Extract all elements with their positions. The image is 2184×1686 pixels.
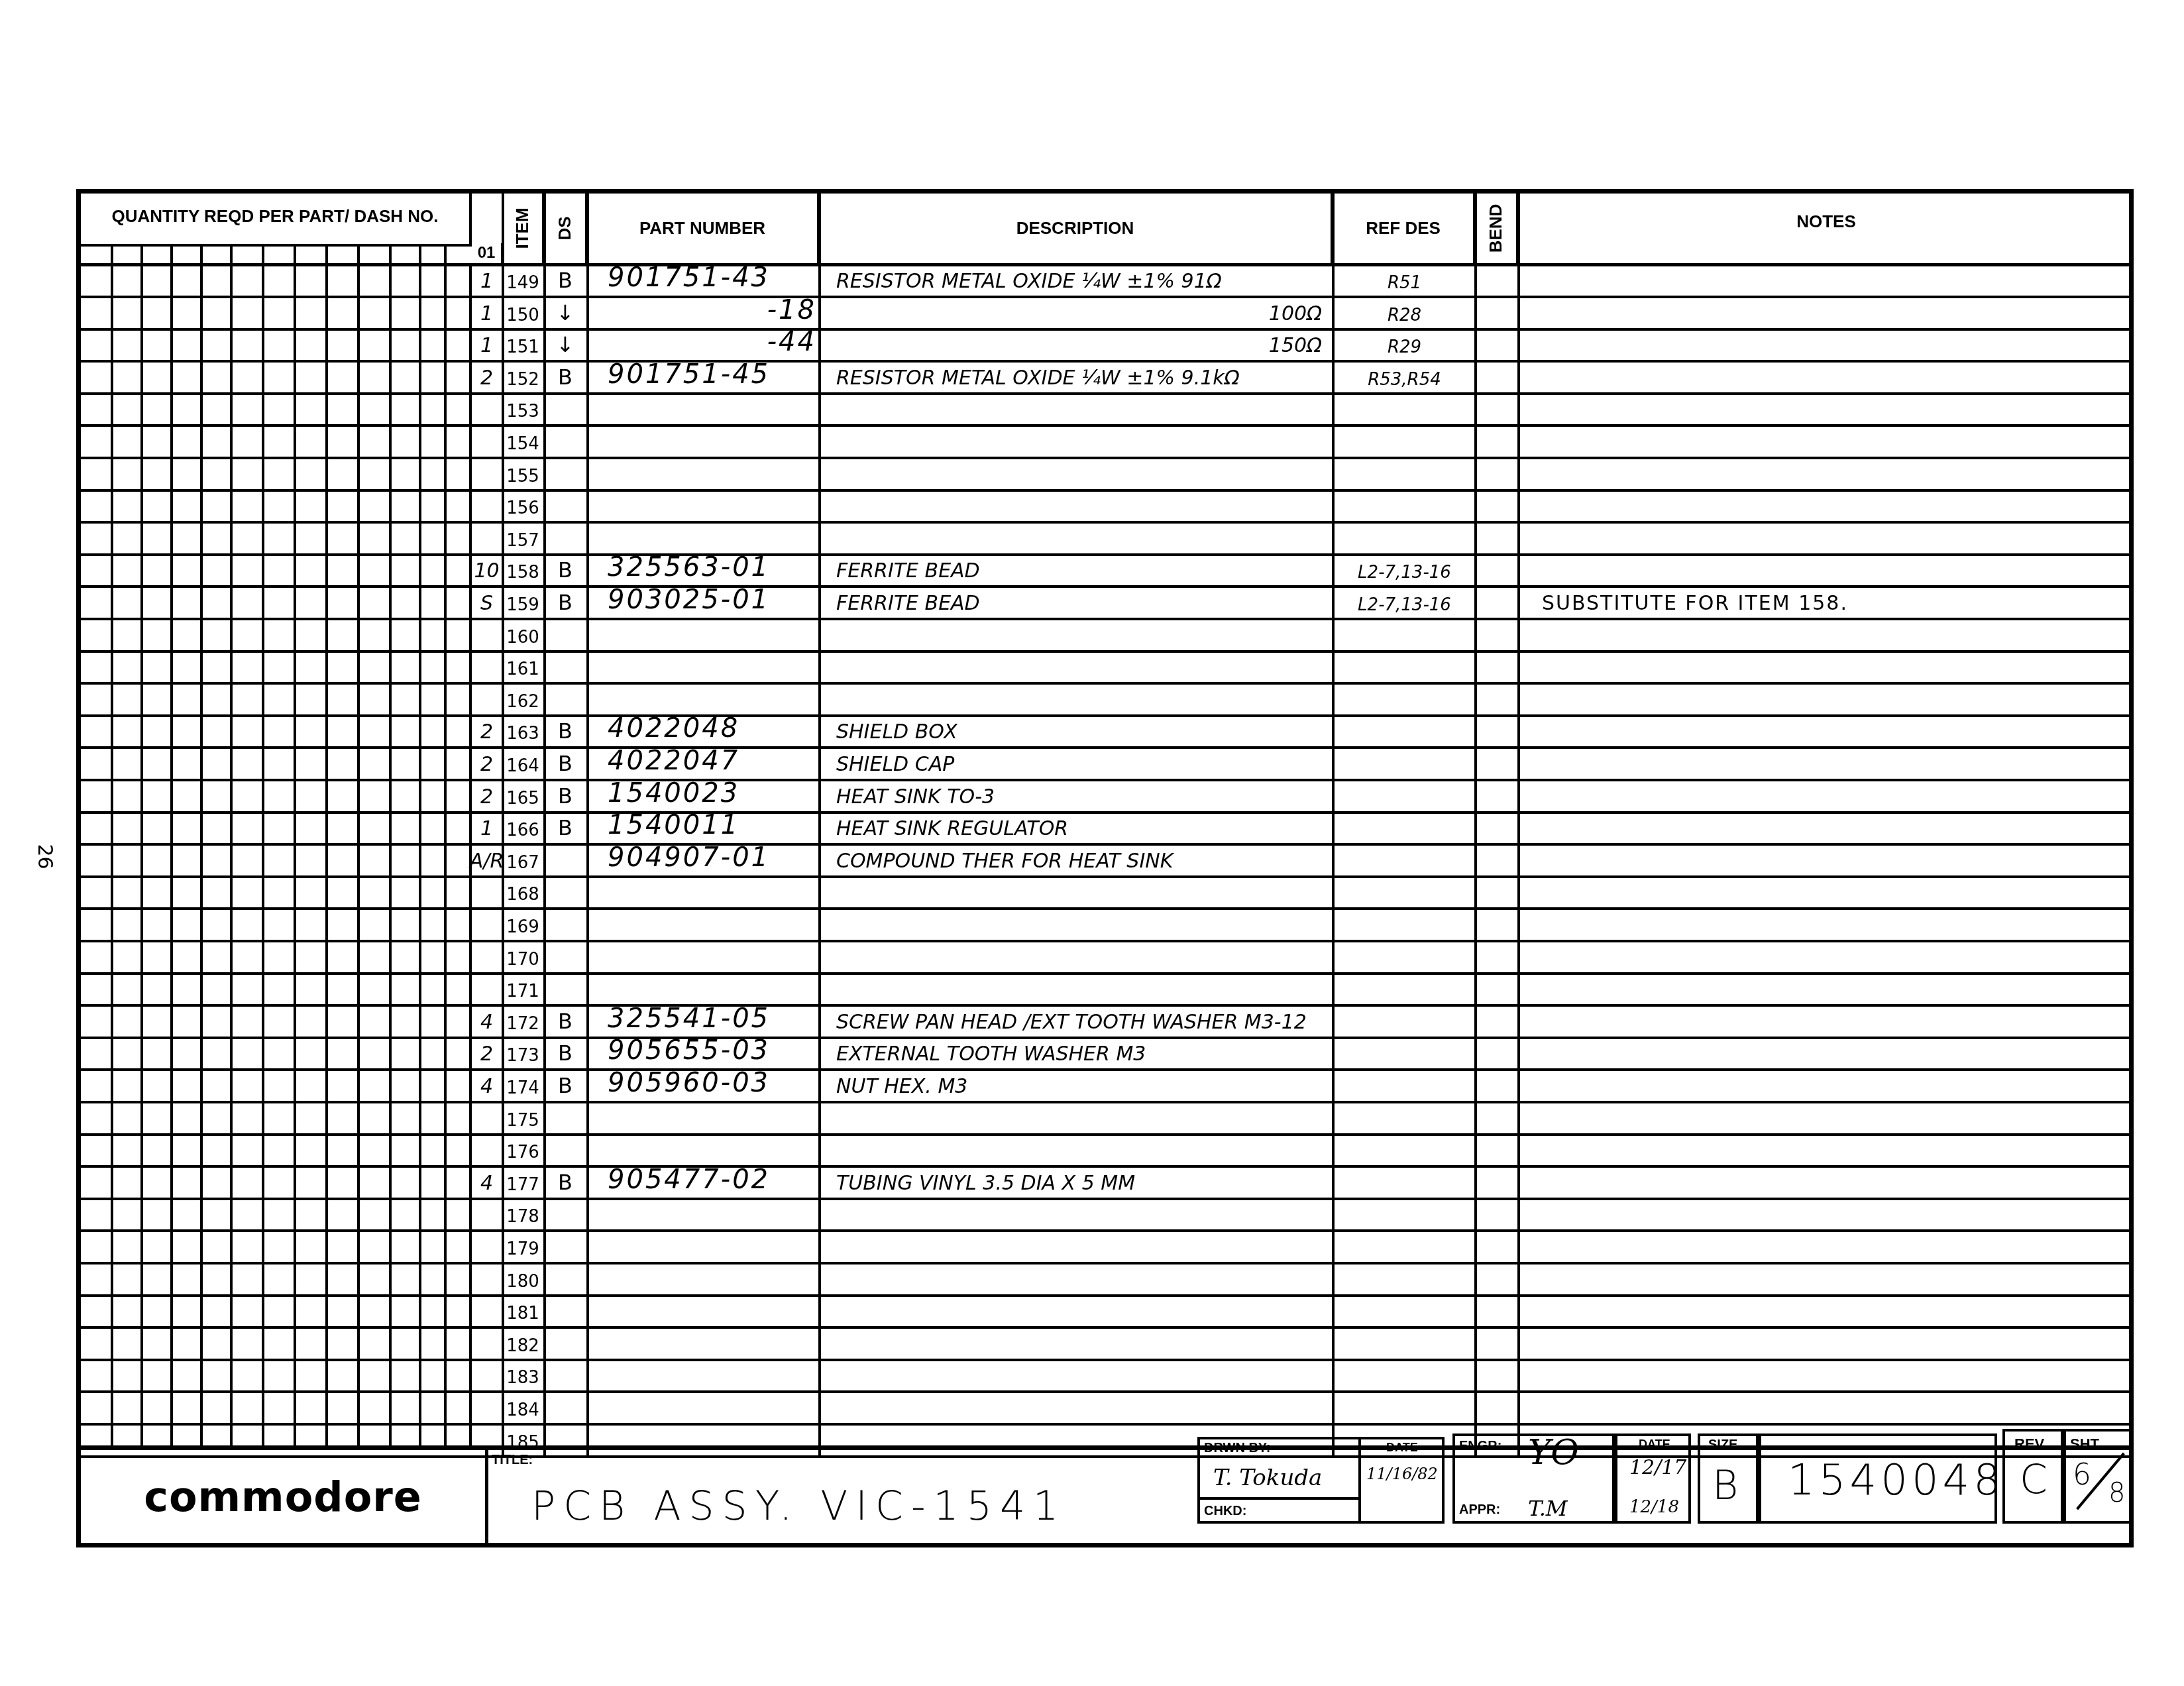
ds-cell: B [545, 717, 586, 746]
part-number-cell [588, 1297, 816, 1326]
qty-cell [472, 1200, 502, 1229]
description-cell [820, 1329, 1330, 1359]
part-number-cell [588, 492, 816, 521]
ref-des-cell [1333, 653, 1476, 682]
qty-cell [472, 1361, 502, 1390]
part-number-cell [588, 621, 816, 650]
description-cell: RESISTOR METAL OXIDE ¼W ±1% 91Ω [820, 266, 1330, 296]
ds-cell [545, 1361, 586, 1390]
part-number-cell [588, 524, 816, 553]
item-number-cell: 174 [503, 1072, 543, 1101]
ds-cell [545, 1329, 586, 1359]
checked-label: CHKD: [1204, 1504, 1246, 1519]
item-number-cell: 172 [503, 1007, 543, 1037]
part-number-cell [588, 685, 816, 714]
description-cell: SCREW PAN HEAD /EXT TOOTH WASHER M3-12 [820, 1007, 1330, 1037]
item-number-cell: 156 [503, 492, 543, 521]
qty-cell [472, 1329, 502, 1359]
part-number-cell: 1540011 [588, 814, 816, 843]
quantity-header: QUANTITY REQD PER PART/ DASH NO. [81, 194, 472, 247]
item-number-cell: 175 [503, 1104, 543, 1133]
ref-des-cell: R28 [1333, 299, 1476, 328]
drawn-date-value: 11/16/82 [1366, 1465, 1438, 1483]
rev-value: C [2020, 1457, 2048, 1503]
size-label: SIZE [1708, 1437, 1737, 1453]
notes-cell [1522, 1265, 2132, 1294]
ds-cell [545, 685, 586, 714]
notes-cell [1522, 1200, 2132, 1229]
item-number-cell: 173 [503, 1039, 543, 1068]
ref-des-cell [1333, 1200, 1476, 1229]
part-number-cell [588, 975, 816, 1004]
description-cell [820, 685, 1330, 714]
table-row: 2173B905655-03EXTERNAL TOOTH WASHER M3 [81, 1039, 2129, 1071]
rev-box: REV C [2002, 1429, 2063, 1524]
notes-cell [1522, 556, 2132, 585]
qty-cell: 1 [472, 331, 502, 360]
appr-label: APPR: [1459, 1502, 1500, 1518]
table-row: 1150↓-18100ΩR28 [81, 299, 2129, 331]
table-row: 176 [81, 1136, 2129, 1168]
table-row: 154 [81, 427, 2129, 459]
ref-des-cell [1333, 524, 1476, 553]
qty-cell [472, 975, 502, 1004]
qty-cell [472, 1394, 502, 1423]
table-row: 178 [81, 1200, 2129, 1232]
size-value: B [1712, 1463, 1738, 1509]
item-number-cell: 171 [503, 975, 543, 1004]
table-row: 2164B4022047SHIELD CAP [81, 750, 2129, 781]
description-cell [820, 975, 1330, 1004]
ref-des-cell [1333, 878, 1476, 907]
notes-cell [1522, 911, 2132, 940]
notes-cell [1522, 975, 2132, 1004]
notes-cell [1522, 685, 2132, 714]
qty-cell [472, 1297, 502, 1326]
notes-cell [1522, 1039, 2132, 1068]
qty-cell [472, 1233, 502, 1262]
appr-date-value: 12/18 [1629, 1497, 1679, 1517]
part-number-cell: -44 [588, 331, 816, 360]
description-cell [820, 1136, 1330, 1165]
description-cell: NUT HEX. M3 [820, 1072, 1330, 1101]
item-number-cell: 151 [503, 331, 543, 360]
qty-cell [472, 460, 502, 489]
description-header: DESCRIPTION [820, 194, 1333, 263]
size-box: SIZE B [1698, 1433, 1759, 1524]
ref-des-cell: R51 [1333, 266, 1476, 296]
part-number-cell [588, 427, 816, 457]
part-number-cell: 325541-05 [588, 1007, 816, 1037]
ref-des-cell [1333, 395, 1476, 424]
table-row: 156 [81, 492, 2129, 524]
description-cell: TUBING VINYL 3.5 DIA X 5 MM [820, 1168, 1330, 1198]
drawn-by-label: DRWN BY: [1204, 1441, 1270, 1456]
qty-cell: 1 [472, 299, 502, 328]
ds-cell [545, 653, 586, 682]
appr-value: T.M [1528, 1496, 1568, 1521]
ds-cell: B [545, 1007, 586, 1037]
part-number-cell: 901751-43 [588, 266, 816, 296]
description-cell: FERRITE BEAD [820, 556, 1330, 585]
company-logo: commodore [81, 1450, 488, 1543]
table-row: 179 [81, 1233, 2129, 1264]
ds-cell [545, 943, 586, 972]
item-number-cell: 152 [503, 363, 543, 392]
ref-des-cell [1333, 427, 1476, 457]
sheet-total: 8 [2108, 1478, 2125, 1508]
ref-des-cell [1333, 1007, 1476, 1037]
notes-cell [1522, 717, 2132, 746]
ds-header: DS [545, 194, 588, 263]
drawn-date-label: DATE [1386, 1441, 1418, 1455]
item-number-cell: 166 [503, 814, 543, 843]
notes-cell [1522, 1361, 2132, 1390]
item-number-cell: 160 [503, 621, 543, 650]
ds-cell [545, 460, 586, 489]
part-number-cell [588, 1104, 816, 1133]
qty-cell: 2 [472, 750, 502, 779]
table-row: 2165B1540023HEAT SINK TO-3 [81, 782, 2129, 814]
qty-cell: 4 [472, 1072, 502, 1101]
notes-cell [1522, 331, 2132, 360]
table-row: 160 [81, 621, 2129, 653]
qty-cell: 2 [472, 782, 502, 811]
notes-cell [1522, 427, 2132, 457]
notes-cell [1522, 1329, 2132, 1359]
ref-des-cell [1333, 1297, 1476, 1326]
description-cell [820, 1265, 1330, 1294]
part-number-cell: 4022047 [588, 750, 816, 779]
part-number-cell [588, 943, 816, 972]
ds-cell [545, 878, 586, 907]
description-cell [820, 1361, 1330, 1390]
ref-des-cell [1333, 1168, 1476, 1198]
notes-cell [1522, 1007, 2132, 1037]
ref-des-cell [1333, 1361, 1476, 1390]
description-cell [820, 911, 1330, 940]
table-row: 2163B4022048SHIELD BOX [81, 717, 2129, 749]
ref-des-cell [1333, 717, 1476, 746]
ds-cell: B [545, 814, 586, 843]
item-number-cell: 176 [503, 1136, 543, 1165]
description-cell: 100Ω [820, 299, 1330, 328]
ref-des-header: REF DES [1333, 194, 1476, 263]
item-number-cell: 164 [503, 750, 543, 779]
notes-cell [1522, 1136, 2132, 1165]
ds-cell: B [545, 750, 586, 779]
qty-cell: 2 [472, 363, 502, 392]
ds-cell [545, 1297, 586, 1326]
ds-cell [545, 395, 586, 424]
ref-des-cell [1333, 1104, 1476, 1133]
sheet-value: 6 [2073, 1458, 2091, 1492]
ds-cell [545, 492, 586, 521]
part-number-cell [588, 878, 816, 907]
table-row: 169 [81, 911, 2129, 942]
qty-cell [472, 395, 502, 424]
part-number-cell [588, 1329, 816, 1359]
description-cell: RESISTOR METAL OXIDE ¼W ±1% 9.1kΩ [820, 363, 1330, 392]
engr-appr-box: ENGR: YO APPR: T.M [1452, 1433, 1615, 1524]
ds-cell: ↓ [545, 299, 586, 328]
sheet-label: SHT [2070, 1435, 2099, 1453]
item-number-cell: 153 [503, 395, 543, 424]
ref-des-cell [1333, 1265, 1476, 1294]
part-number-cell: 904907-01 [588, 846, 816, 875]
ref-des-cell [1333, 1136, 1476, 1165]
ds-header-text: DS [555, 216, 575, 240]
notes-cell [1522, 1233, 2132, 1262]
part-number-cell: 901751-45 [588, 363, 816, 392]
table-row: 161 [81, 653, 2129, 685]
title-block: commodore TITLE: PCB ASSY. VIC-1541 DRWN… [81, 1445, 2129, 1543]
part-number-cell [588, 1265, 816, 1294]
notes-header: NOTES [1519, 194, 2134, 250]
page-number: 26 [33, 844, 56, 869]
ds-cell: B [545, 363, 586, 392]
drawn-by-box: DRWN BY: T. Tokuda [1197, 1437, 1360, 1500]
item-header: ITEM [503, 194, 545, 263]
part-number-cell [588, 1233, 816, 1262]
qty-cell [472, 878, 502, 907]
description-cell [820, 943, 1330, 972]
ref-des-cell: L2-7,13-16 [1333, 589, 1476, 618]
item-number-cell: 155 [503, 460, 543, 489]
item-number-cell: 182 [503, 1329, 543, 1359]
ds-cell [545, 1233, 586, 1262]
qty-cell: 1 [472, 814, 502, 843]
notes-cell [1522, 1104, 2132, 1133]
ref-des-cell [1333, 943, 1476, 972]
part-number-cell [588, 1361, 816, 1390]
item-number-cell: 181 [503, 1297, 543, 1326]
qty-cell [472, 621, 502, 650]
description-cell [820, 492, 1330, 521]
table-row: 171 [81, 975, 2129, 1007]
engr-date-value: 12/17 [1629, 1456, 1686, 1479]
ds-cell [545, 1200, 586, 1229]
notes-cell [1522, 878, 2132, 907]
ref-des-cell: R29 [1333, 331, 1476, 360]
qty-cell [472, 492, 502, 521]
notes-cell [1522, 653, 2132, 682]
engr-value: YO [1528, 1433, 1579, 1473]
description-cell: EXTERNAL TOOTH WASHER M3 [820, 1039, 1330, 1068]
ref-des-cell [1333, 685, 1476, 714]
ds-cell [545, 621, 586, 650]
ref-des-cell: L2-7,13-16 [1333, 556, 1476, 585]
table-row: 181 [81, 1297, 2129, 1329]
ds-cell: B [545, 1039, 586, 1068]
notes-cell [1522, 460, 2132, 489]
table-row: 1149B901751-43RESISTOR METAL OXIDE ¼W ±1… [81, 266, 2129, 298]
drawn-date-box: DATE 11/16/82 [1358, 1437, 1445, 1524]
description-cell [820, 1104, 1330, 1133]
part-number-cell: 905477-02 [588, 1168, 816, 1198]
qty-cell: 2 [472, 1039, 502, 1068]
item-number-cell: 157 [503, 524, 543, 553]
qty-cell [472, 685, 502, 714]
ref-des-cell [1333, 911, 1476, 940]
description-cell [820, 427, 1330, 457]
description-cell [820, 653, 1330, 682]
notes-cell [1522, 814, 2132, 843]
notes-cell [1522, 846, 2132, 875]
ref-des-cell [1333, 975, 1476, 1004]
title-label: TITLE: [492, 1453, 533, 1468]
part-number-cell [588, 395, 816, 424]
notes-cell [1522, 1297, 2132, 1326]
item-number-cell: 184 [503, 1394, 543, 1423]
ds-cell: B [545, 556, 586, 585]
table-row: 157 [81, 524, 2129, 556]
qty-cell [472, 1104, 502, 1133]
qty-cell: 4 [472, 1007, 502, 1037]
part-number-cell: -18 [588, 299, 816, 328]
qty-cell: S [472, 589, 502, 618]
table-row: 170 [81, 943, 2129, 975]
ref-des-cell [1333, 1394, 1476, 1423]
table-row: 162 [81, 685, 2129, 717]
ref-des-cell [1333, 1039, 1476, 1068]
qty-cell: A/R [472, 846, 502, 875]
item-number-cell: 178 [503, 1200, 543, 1229]
ref-des-cell [1333, 1072, 1476, 1101]
item-number-cell: 169 [503, 911, 543, 940]
ref-des-cell [1333, 1329, 1476, 1359]
table-row: 4174B905960-03NUT HEX. M3 [81, 1072, 2129, 1103]
description-cell: 150Ω [820, 331, 1330, 360]
notes-cell [1522, 1394, 2132, 1423]
ref-des-cell [1333, 782, 1476, 811]
table-row: 1166B1540011HEAT SINK REGULATOR [81, 814, 2129, 846]
description-cell [820, 1200, 1330, 1229]
description-cell [820, 460, 1330, 489]
item-number-cell: 159 [503, 589, 543, 618]
item-number-cell: 183 [503, 1361, 543, 1390]
ref-des-cell [1333, 621, 1476, 650]
ref-des-cell [1333, 492, 1476, 521]
qty-cell: 2 [472, 717, 502, 746]
ds-cell [545, 846, 586, 875]
table-row: 175 [81, 1104, 2129, 1136]
notes-cell [1522, 1072, 2132, 1101]
ref-des-cell: R53,R54 [1333, 363, 1476, 392]
table-row: 182 [81, 1329, 2129, 1361]
engr-date-box: DATE 12/17 12/18 [1615, 1433, 1691, 1524]
bend-header: BEND [1476, 194, 1519, 263]
ds-cell: ↓ [545, 331, 586, 360]
notes-cell [1522, 395, 2132, 424]
notes-cell [1522, 782, 2132, 811]
ds-cell: B [545, 1072, 586, 1101]
table-row: 2152B901751-45RESISTOR METAL OXIDE ¼W ±1… [81, 363, 2129, 395]
drawing-title: PCB ASSY. VIC-1541 [531, 1483, 1066, 1530]
item-number-cell: 150 [503, 299, 543, 328]
table-row: 4177B905477-02TUBING VINYL 3.5 DIA X 5 M… [81, 1168, 2129, 1200]
qty-cell: 10 [472, 556, 502, 585]
item-number-cell: 168 [503, 878, 543, 907]
item-number-cell: 179 [503, 1233, 543, 1262]
ds-cell [545, 1104, 586, 1133]
description-cell: HEAT SINK TO-3 [820, 782, 1330, 811]
description-cell [820, 524, 1330, 553]
notes-cell [1522, 750, 2132, 779]
table-row: 10158B325563-01FERRITE BEADL2-7,13-16 [81, 556, 2129, 588]
item-number-cell: 162 [503, 685, 543, 714]
ds-cell: B [545, 589, 586, 618]
sheet-box: SHT 6 8 [2063, 1429, 2134, 1524]
description-cell: SHIELD BOX [820, 717, 1330, 746]
part-number-cell [588, 1200, 816, 1229]
item-number-cell: 161 [503, 653, 543, 682]
ref-des-cell [1333, 1233, 1476, 1262]
ds-cell: B [545, 266, 586, 296]
item-number-cell: 158 [503, 556, 543, 585]
table-row: 155 [81, 460, 2129, 492]
drawing-number-box: 1540048 [1759, 1433, 1997, 1524]
engr-label: ENGR: [1459, 1439, 1501, 1454]
part-number-cell [588, 1394, 816, 1423]
description-cell [820, 1233, 1330, 1262]
table-row: 180 [81, 1265, 2129, 1297]
description-cell [820, 1394, 1330, 1423]
ds-cell: B [545, 782, 586, 811]
item-header-text: ITEM [512, 207, 533, 249]
ds-cell [545, 1136, 586, 1165]
engr-date-label: DATE [1639, 1437, 1670, 1451]
notes-cell: SUBSTITUTE FOR ITEM 158. [1522, 589, 2132, 618]
table-row: 4172B325541-05SCREW PAN HEAD /EXT TOOTH … [81, 1007, 2129, 1039]
part-number-cell: 905655-03 [588, 1039, 816, 1068]
qty-cell [472, 1265, 502, 1294]
ds-cell [545, 524, 586, 553]
ds-cell [545, 427, 586, 457]
table-row: 153 [81, 395, 2129, 427]
ds-cell [545, 911, 586, 940]
qty-cell: 4 [472, 1168, 502, 1198]
part-number-cell: 1540023 [588, 782, 816, 811]
item-number-cell: 154 [503, 427, 543, 457]
qty-cell [472, 524, 502, 553]
qty-cell [472, 653, 502, 682]
item-number-cell: 180 [503, 1265, 543, 1294]
notes-cell [1522, 524, 2132, 553]
qty-cell [472, 1136, 502, 1165]
notes-cell [1522, 621, 2132, 650]
description-cell: FERRITE BEAD [820, 589, 1330, 618]
ds-cell: B [545, 1168, 586, 1198]
item-number-cell: 177 [503, 1168, 543, 1198]
part-number-cell: 903025-01 [588, 589, 816, 618]
description-cell: SHIELD CAP [820, 750, 1330, 779]
ds-cell [545, 1394, 586, 1423]
description-cell: COMPOUND THER FOR HEAT SINK [820, 846, 1330, 875]
item-number-cell: 165 [503, 782, 543, 811]
description-cell [820, 395, 1330, 424]
table-row: 183 [81, 1361, 2129, 1393]
qty-cell: 1 [472, 266, 502, 296]
notes-cell [1522, 266, 2132, 296]
bend-header-text: BEND [1486, 204, 1506, 253]
description-cell [820, 878, 1330, 907]
item-number-cell: 163 [503, 717, 543, 746]
part-number-cell [588, 911, 816, 940]
part-number-cell [588, 653, 816, 682]
part-number-cell: 4022048 [588, 717, 816, 746]
part-number-cell: 325563-01 [588, 556, 816, 585]
